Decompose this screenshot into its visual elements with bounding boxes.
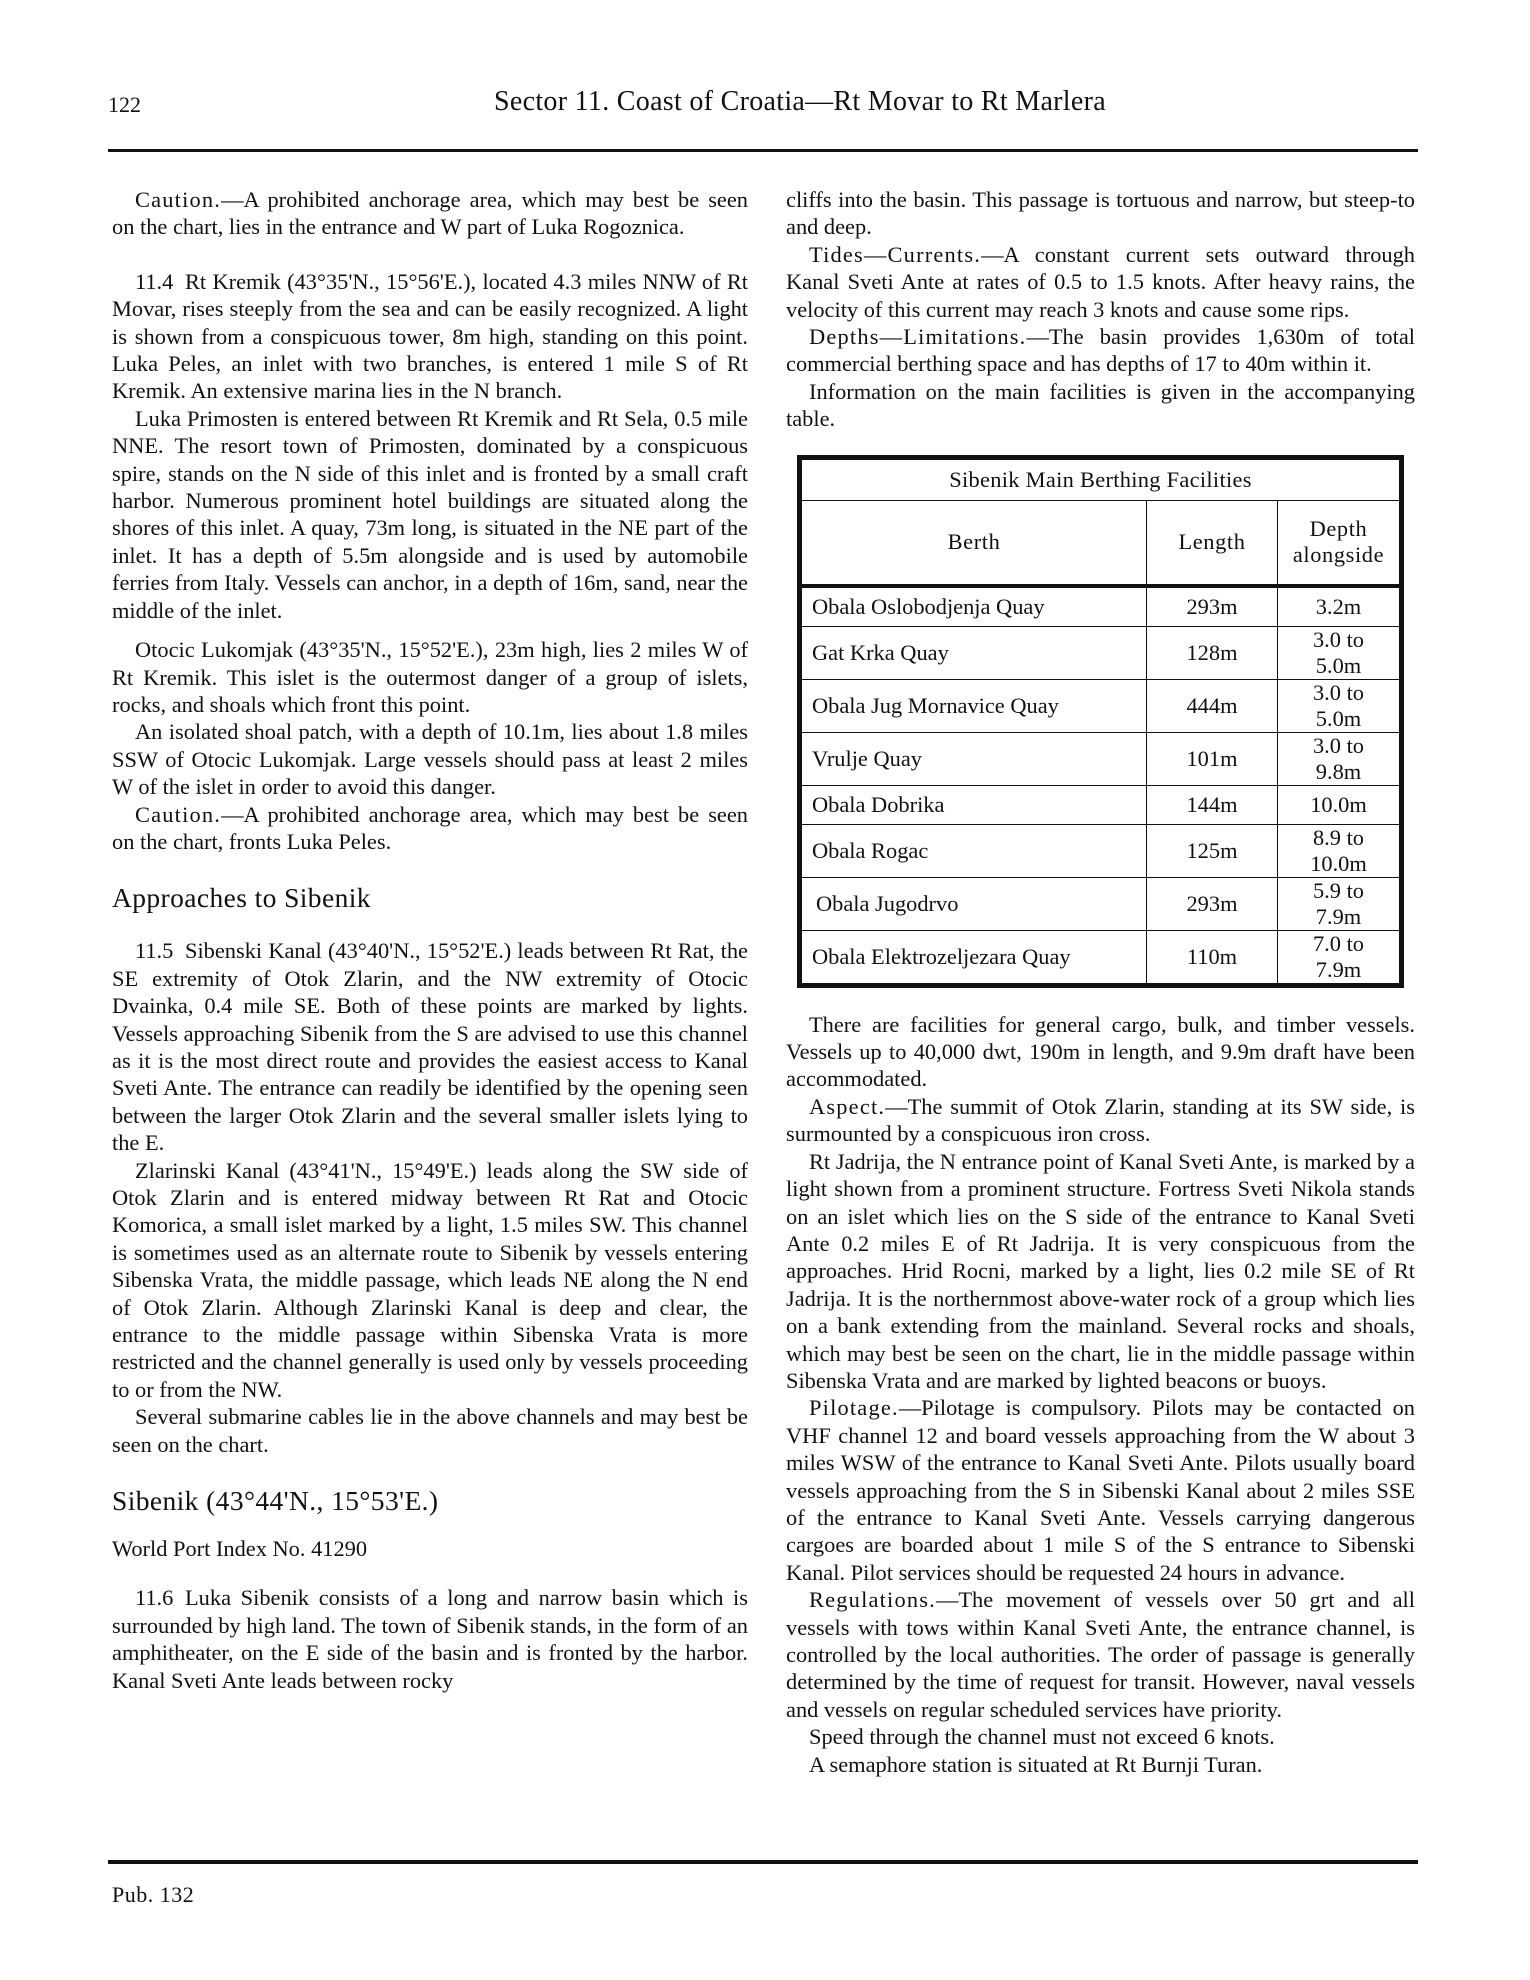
paragraph-11-4: 11.4Rt Kremik (43°35'N., 15°56'E.), loca… xyxy=(112,268,748,405)
cell-depth: 3.0 to 5.0m xyxy=(1278,679,1400,732)
cell-berth: Obala Jug Mornavice Quay xyxy=(802,679,1147,732)
paragraph-caution-rogoznica: Caution.—A prohibited anchorage area, wh… xyxy=(112,186,748,241)
table-row: Obala Jugodrvo 293m 5.9 to 7.9m xyxy=(802,877,1399,930)
table-row: Obala Jug Mornavice Quay 444m 3.0 to 5.0… xyxy=(802,679,1399,732)
section-number: 11.5 xyxy=(135,937,185,964)
paragraph-tides-currents: Tides—Currents.—A constant current sets … xyxy=(786,241,1415,323)
cell-berth: Vrulje Quay xyxy=(802,732,1147,785)
cell-berth: Obala Oslobodjenja Quay xyxy=(802,586,1147,627)
heading-approaches-to-sibenik: Approaches to Sibenik xyxy=(112,881,748,915)
paragraph-11-6: 11.6Luka Sibenik consists of a long and … xyxy=(112,1584,748,1694)
running-title: Sector 11. Coast of Croatia—Rt Movar to … xyxy=(300,86,1300,118)
cell-depth: 3.2m xyxy=(1278,586,1400,627)
column-header-length: Length xyxy=(1147,500,1278,586)
aspect-label: Aspect. xyxy=(809,1094,885,1119)
footer-rule xyxy=(108,1860,1418,1864)
paragraph-regulations: Regulations.—The movement of vessels ove… xyxy=(786,1586,1415,1723)
regulations-label: Regulations. xyxy=(809,1587,936,1612)
cell-depth: 3.0 to 9.8m xyxy=(1278,732,1400,785)
table-row: Obala Elektrozeljezara Quay 110m 7.0 to … xyxy=(802,930,1399,983)
paragraph-caution-peles: Caution.—A prohibited anchorage area, wh… xyxy=(112,801,748,856)
right-column: cliffs into the basin. This passage is t… xyxy=(786,186,1415,1778)
paragraph-otocic-lukomjak: Otocic Lukomjak (43°35'N., 15°52'E.), 23… xyxy=(112,636,748,718)
cell-length: 444m xyxy=(1147,679,1278,732)
cell-length: 101m xyxy=(1147,732,1278,785)
paragraph-facilities: There are facilities for general cargo, … xyxy=(786,1011,1415,1093)
column-header-berth: Berth xyxy=(802,500,1147,586)
cell-berth: Obala Elektrozeljezara Quay xyxy=(802,930,1147,983)
header-rule xyxy=(108,149,1418,152)
cell-berth: Obala Rogac xyxy=(802,824,1147,877)
paragraph-submarine-cables: Several submarine cables lie in the abov… xyxy=(112,1403,748,1458)
depths-limitations-label: Depths—Limitations. xyxy=(809,324,1026,349)
table-row: Vrulje Quay 101m 3.0 to 9.8m xyxy=(802,732,1399,785)
cell-depth: 5.9 to 7.9m xyxy=(1278,877,1400,930)
paragraph-semaphore: A semaphore station is situated at Rt Bu… xyxy=(786,1751,1415,1778)
berthing-facilities-table: Sibenik Main Berthing Facilities Berth L… xyxy=(797,455,1404,988)
paragraph-luka-primosten: Luka Primosten is entered between Rt Kre… xyxy=(112,405,748,624)
paragraph-rt-jadrija: Rt Jadrija, the N entrance point of Kana… xyxy=(786,1148,1415,1395)
cell-berth: Gat Krka Quay xyxy=(802,626,1147,679)
publication-number: Pub. 132 xyxy=(112,1882,194,1908)
paragraph-aspect: Aspect.—The summit of Otok Zlarin, stand… xyxy=(786,1093,1415,1148)
cell-length: 144m xyxy=(1147,785,1278,824)
paragraph-11-5: 11.5Sibenski Kanal (43°40'N., 15°52'E.) … xyxy=(112,937,748,1156)
table-row: Obala Rogac 125m 8.9 to 10.0m xyxy=(802,824,1399,877)
caution-label: Caution. xyxy=(135,187,221,212)
cell-depth: 7.0 to 7.9m xyxy=(1278,930,1400,983)
cell-length: 110m xyxy=(1147,930,1278,983)
table-title: Sibenik Main Berthing Facilities xyxy=(802,460,1399,501)
cell-depth: 3.0 to 5.0m xyxy=(1278,626,1400,679)
cell-length: 293m xyxy=(1147,877,1278,930)
paragraph-speed-limit: Speed through the channel must not excee… xyxy=(786,1723,1415,1750)
cell-berth: Obala Dobrika xyxy=(802,785,1147,824)
tides-currents-label: Tides—Currents. xyxy=(809,242,981,267)
paragraph-table-intro: Information on the main facilities is gi… xyxy=(786,378,1415,433)
section-number: 11.6 xyxy=(135,1584,185,1611)
table-row: Gat Krka Quay 128m 3.0 to 5.0m xyxy=(802,626,1399,679)
paragraph-pilotage: Pilotage.—Pilotage is compulsory. Pilots… xyxy=(786,1394,1415,1586)
left-column: Caution.—A prohibited anchorage area, wh… xyxy=(112,186,748,1694)
paragraph-basin-continued: cliffs into the basin. This passage is t… xyxy=(786,186,1415,241)
paragraph-shoal-patch: An isolated shoal patch, with a depth of… xyxy=(112,718,748,800)
page-number: 122 xyxy=(108,92,141,118)
cell-depth: 8.9 to 10.0m xyxy=(1278,824,1400,877)
cell-length: 293m xyxy=(1147,586,1278,627)
heading-sibenik: Sibenik (43°44'N., 15°53'E.) xyxy=(112,1484,748,1518)
cell-depth: 10.0m xyxy=(1278,785,1400,824)
table-row: Obala Dobrika 144m 10.0m xyxy=(802,785,1399,824)
world-port-index: World Port Index No. 41290 xyxy=(112,1535,748,1562)
cell-length: 125m xyxy=(1147,824,1278,877)
caution-label: Caution. xyxy=(135,802,221,827)
paragraph-depths-limitations: Depths—Limitations.—The basin provides 1… xyxy=(786,323,1415,378)
table-row: Obala Oslobodjenja Quay 293m 3.2m xyxy=(802,586,1399,627)
column-header-depth: Depth alongside xyxy=(1278,500,1400,586)
section-number: 11.4 xyxy=(135,268,185,295)
paragraph-zlarinski-kanal: Zlarinski Kanal (43°41'N., 15°49'E.) lea… xyxy=(112,1157,748,1404)
cell-length: 128m xyxy=(1147,626,1278,679)
cell-berth: Obala Jugodrvo xyxy=(802,877,1147,930)
pilotage-label: Pilotage. xyxy=(809,1395,899,1420)
